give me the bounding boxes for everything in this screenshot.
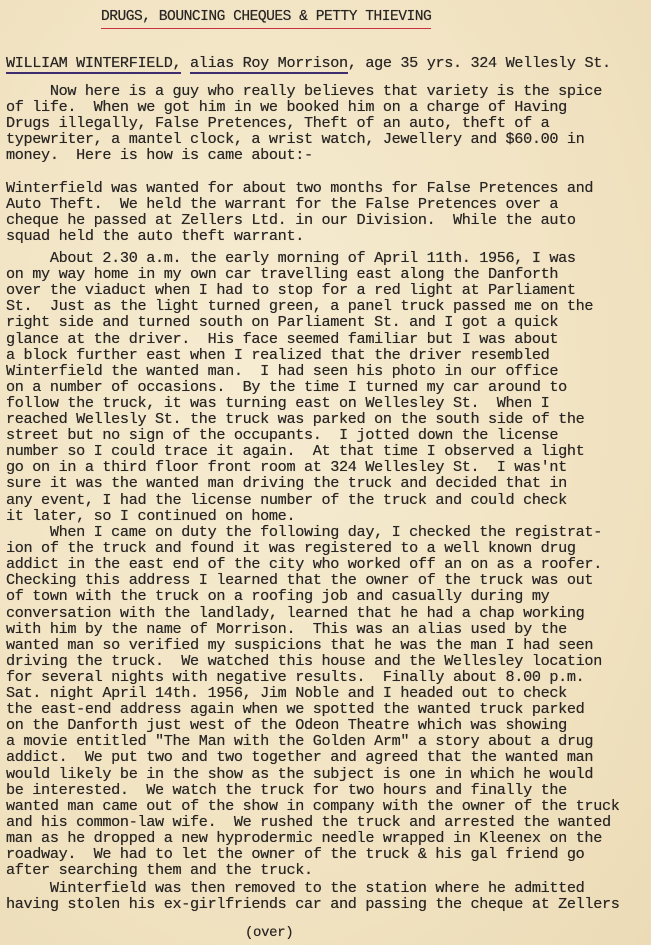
paragraph-4-line: conversation with the landlady, learned … — [6, 605, 584, 622]
paragraph-4-line: addict. We put two and two together and … — [6, 749, 593, 766]
subject-name: WILLIAM WINTERFIELD, — [6, 54, 181, 74]
subject-details: , age 35 yrs. 324 Wellesly St. — [348, 54, 611, 72]
paragraph-1-line: money. Here is how is came about:- — [6, 147, 313, 164]
page-footer-over: (over) — [245, 925, 293, 942]
paragraph-4-line: of town with the truck on a roofing job … — [6, 588, 549, 605]
paragraph-5-line: having stolen his ex-girlfriends car and… — [6, 896, 619, 913]
paragraph-4-line: would likely be in the show as the subje… — [6, 766, 593, 783]
paragraph-3-line: right side and turned south on Parliamen… — [6, 314, 558, 331]
paragraph-3-line: sure it was the wanted man driving the t… — [6, 475, 567, 492]
paragraph-2-line: squad held the auto theft warrant. — [6, 228, 304, 245]
typed-document-page: DRUGS, BOUNCING CHEQUES & PETTY THIEVING… — [0, 0, 651, 945]
document-title: DRUGS, BOUNCING CHEQUES & PETTY THIEVING — [101, 9, 431, 29]
paragraph-3-line: glance at the driver. His face seemed fa… — [6, 331, 558, 348]
subject-line: WILLIAM WINTERFIELD, alias Roy Morrison,… — [6, 55, 611, 72]
subject-alias: alias Roy Morrison — [190, 54, 348, 74]
paragraph-4-line: after searching them and the truck. — [6, 862, 313, 879]
paragraph-3-line: any event, I had the license number of t… — [6, 492, 567, 509]
